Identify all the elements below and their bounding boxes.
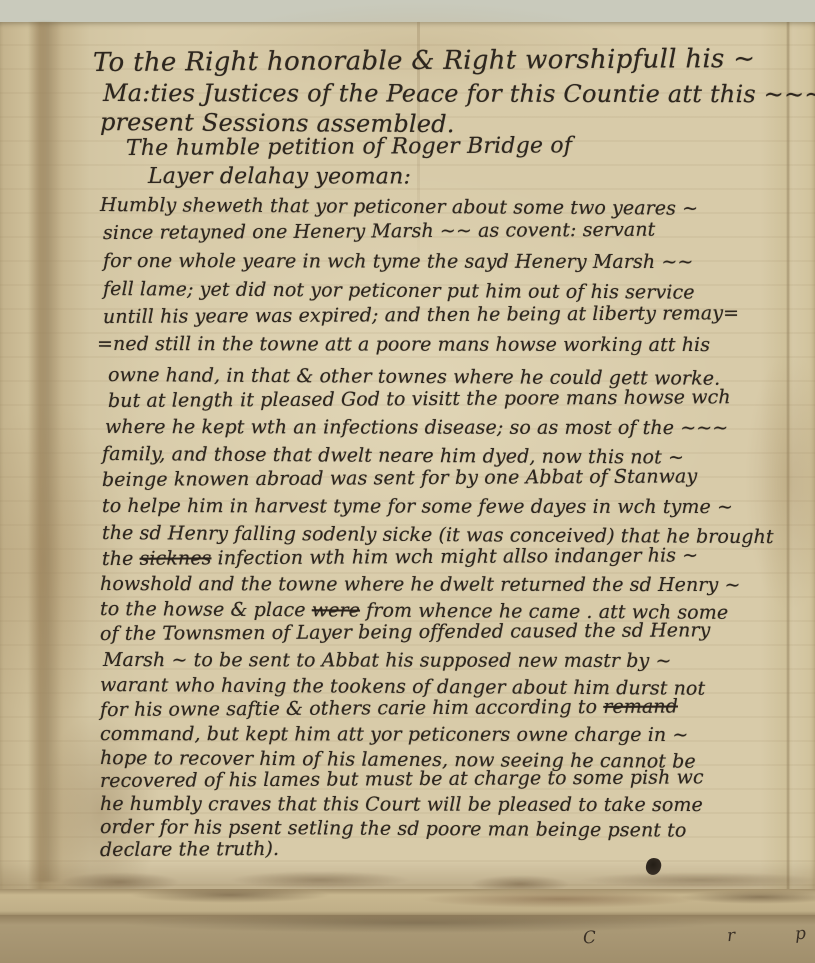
body-line-17: of the Townsmen of Layer being offended … [100, 619, 711, 645]
body-line-4: fell lame; yet did not yor peticoner put… [103, 278, 695, 304]
struck-out-word: remand [603, 695, 678, 717]
body-line-23: recovered of his lames but must be at ch… [100, 766, 704, 792]
body-line-24: he humbly craves that this Court will be… [100, 793, 703, 816]
body-line-12: to helpe him in harvest tyme for some fe… [102, 495, 733, 518]
heading-line-1: To the Right honorable & Right worshipfu… [93, 44, 755, 78]
body-line-1: Humbly sheweth that yor peticoner about … [100, 194, 698, 220]
body-line-10: family, and those that dwelt neare him d… [102, 443, 684, 469]
manuscript-photo: Crp To the Right honorable & Right worsh… [0, 0, 815, 963]
body-line-21: command, but kept him att yor peticoners… [100, 723, 688, 746]
body-line-2: since retayned one Henery Marsh ~~ as co… [103, 219, 656, 244]
body-line-15: howshold and the towne where he dwelt re… [100, 573, 741, 596]
heading-line-5: Layer delahay yeoman: [148, 164, 411, 189]
handwritten-text-layer: To the Right honorable & Right worshipfu… [0, 0, 815, 963]
body-line-8: but at length it pleased God to visitt t… [108, 386, 731, 412]
body-line-6: =ned still in the towne att a poore mans… [97, 333, 710, 356]
body-line-9: where he kept wth an infections disease;… [105, 416, 728, 439]
heading-line-4: The humble petition of Roger Bridge of [126, 133, 572, 161]
body-line-26: declare the truth). [100, 838, 279, 861]
body-line-11: beinge knowen abroad was sent for by one… [102, 465, 697, 491]
struck-out-word: sicknes [139, 547, 211, 569]
body-line-20: for his owne saftie & others carie him a… [100, 695, 678, 721]
body-line-3: for one whole yeare in wch tyme the sayd… [103, 250, 693, 273]
body-line-14: the sicknes infection wth him wch might … [102, 544, 698, 570]
body-line-5: untill his yeare was expired; and then h… [103, 302, 739, 328]
body-line-18: Marsh ~ to be sent to Abbat his supposed… [103, 649, 672, 672]
struck-out-word: were [312, 599, 360, 621]
heading-line-2: Ma:ties Justices of the Peace for this C… [103, 79, 815, 108]
